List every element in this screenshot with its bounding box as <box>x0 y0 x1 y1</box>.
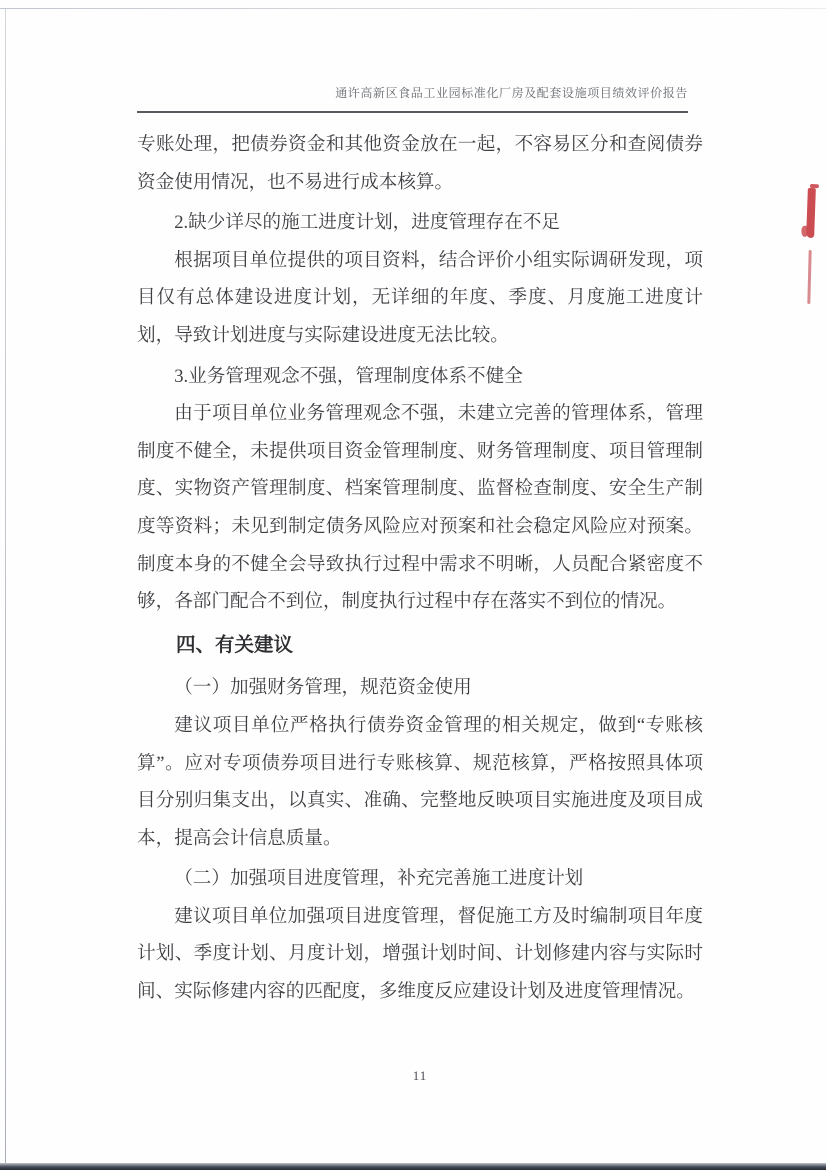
document-page: 通许高新区食品工业园标准化厂房及配套设施项目绩效评价报告 专账处理，把债券资金和… <box>0 0 826 1170</box>
paragraph-8: 建议项目单位严格执行债券资金管理的相关规定，做到“专账核算”。应对专项债券项目进… <box>137 707 703 857</box>
red-stamp-fragment-upper <box>806 188 816 238</box>
scan-edge-bottom <box>0 1163 826 1170</box>
document-body: 专账处理，把债券资金和其他资金放在一起，不容易区分和查阅债券资金使用情况，也不易… <box>137 126 703 1011</box>
header-title: 通许高新区食品工业园标准化厂房及配套设施项目绩效评价报告 <box>335 86 688 100</box>
page-number: 11 <box>137 1068 703 1084</box>
paragraph-5: 由于项目单位业务管理观念不强，未建立完善的管理体系，管理制度不健全，未提供项目资… <box>137 395 703 621</box>
paragraph-1: 专账处理，把债券资金和其他资金放在一起，不容易区分和查阅债券资金使用情况，也不易… <box>137 126 703 201</box>
paragraph-10: 建议项目单位加强项目进度管理，督促施工方及时编制项目年度计划、季度计划、月度计划… <box>137 898 703 1011</box>
paragraph-2: 2.缺少详尽的施工进度计划，进度管理存在不足 <box>137 204 703 242</box>
paragraph-7: （一）加强财务管理，规范资金使用 <box>137 669 703 707</box>
paragraph-6: 四、有关建议 <box>137 627 703 665</box>
paragraph-3: 根据项目单位提供的项目资料，结合评价小组实际调研发现，项目仅有总体建设进度计划，… <box>137 242 703 355</box>
paragraph-4: 3.业务管理观念不强，管理制度体系不健全 <box>137 358 703 396</box>
scan-edge-left <box>5 9 6 1163</box>
scan-edge-top <box>0 8 826 9</box>
red-stamp-fragment-lower <box>807 250 811 304</box>
paragraph-9: （二）加强项目进度管理，补充完善施工进度计划 <box>137 860 703 898</box>
page-header: 通许高新区食品工业园标准化厂房及配套设施项目绩效评价报告 <box>137 84 688 113</box>
